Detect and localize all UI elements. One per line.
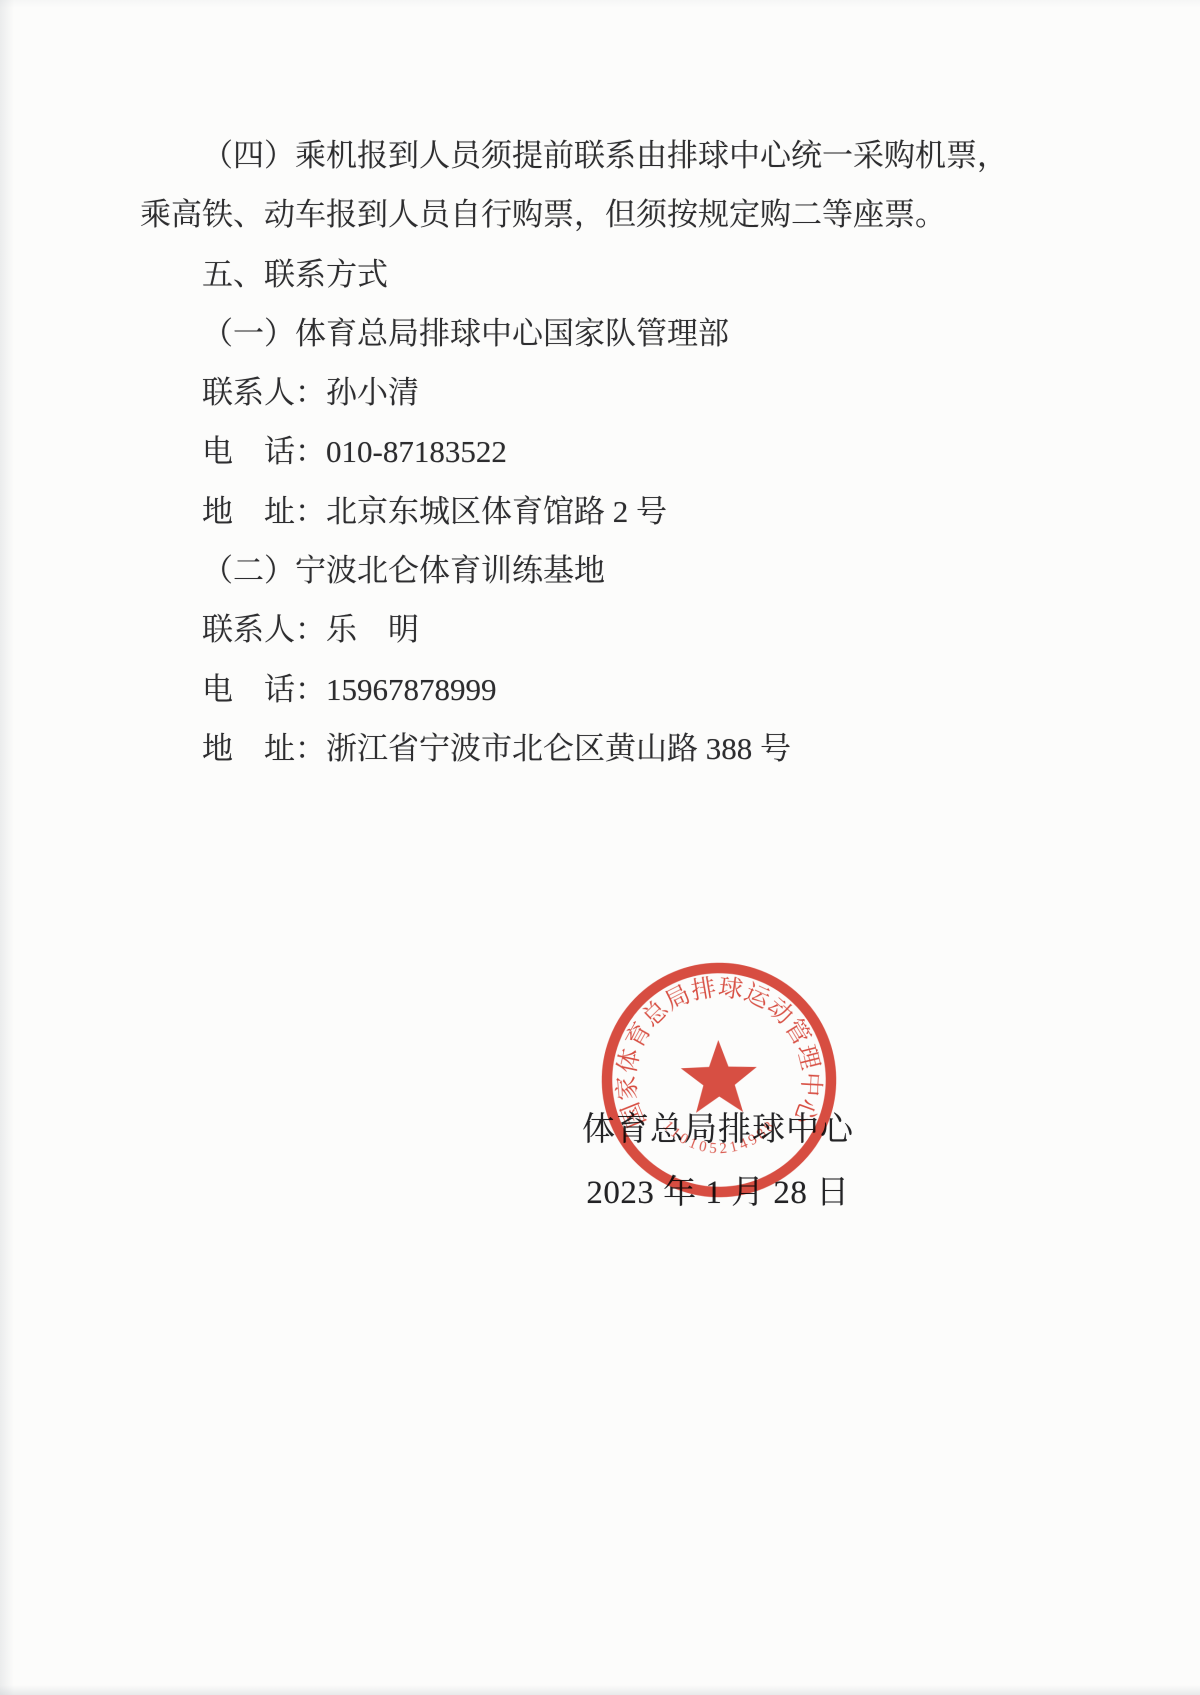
official-red-seal: 国家体育总局排球运动管理中心 110105214988 — [593, 954, 845, 1206]
phone-line: 电 话：010-87183522 — [140, 422, 1070, 481]
scanned-document-page: （四）乘机报到人员须提前联系由排球中心统一采购机票， 乘高铁、动车报到人员自行购… — [0, 0, 1200, 1695]
address-line: 地 址：浙江省宁波市北仑区黄山路 388 号 — [140, 719, 1070, 778]
subsection-heading: （二）宁波北仑体育训练基地 — [140, 541, 1070, 600]
seal-code: 110105214988 — [659, 1116, 780, 1158]
contact-person-line: 联系人：孙小清 — [140, 363, 1070, 422]
paragraph-line: （四）乘机报到人员须提前联系由排球中心统一采购机票， — [140, 126, 1070, 185]
seal-star-icon — [680, 1039, 757, 1113]
paragraph-line: 乘高铁、动车报到人员自行购票，但须按规定购二等座票。 — [140, 185, 1070, 244]
subsection-heading: （一）体育总局排球中心国家队管理部 — [140, 304, 1070, 363]
document-body: （四）乘机报到人员须提前联系由排球中心统一采购机票， 乘高铁、动车报到人员自行购… — [140, 126, 1070, 778]
contact-person-line: 联系人：乐 明 — [140, 600, 1070, 659]
section-heading: 五、联系方式 — [140, 245, 1070, 304]
phone-line: 电 话：15967878999 — [140, 660, 1070, 719]
address-line: 地 址：北京东城区体育馆路 2 号 — [140, 482, 1070, 541]
